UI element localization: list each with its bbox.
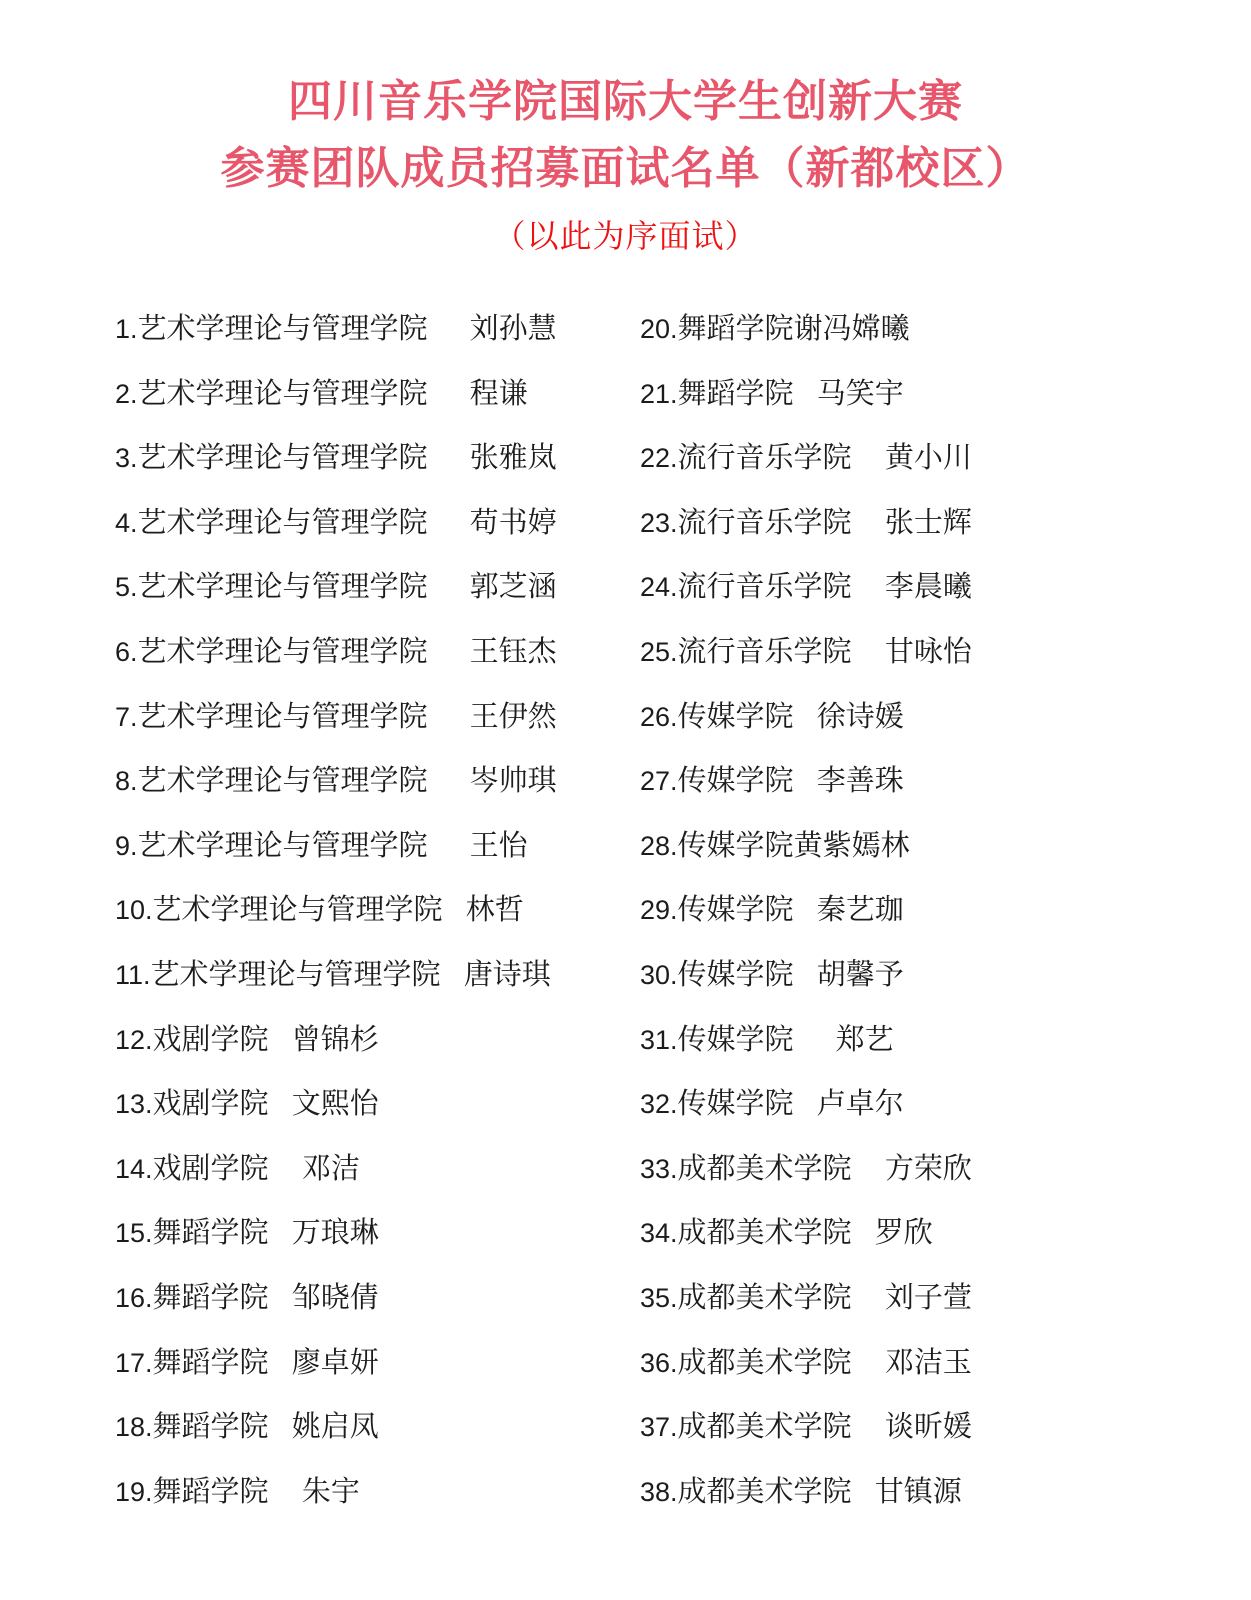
entry-college: 成都美术学院 xyxy=(678,1153,852,1185)
entry-number: 33. xyxy=(640,1154,678,1184)
entry-name: 卢卓尔 xyxy=(817,1072,904,1137)
entry-college: 流行音乐学院 xyxy=(678,571,852,603)
entry-name: 刘孙慧 xyxy=(470,297,557,362)
entry-name: 黄紫嫣林 xyxy=(794,814,910,879)
list-item: 1.艺术学理论与管理学院刘孙慧 xyxy=(115,297,640,362)
entry-name: 曾锦杉 xyxy=(292,1008,379,1073)
entry-number: 22. xyxy=(640,443,678,473)
list-column-left: 1.艺术学理论与管理学院刘孙慧 2.艺术学理论与管理学院程谦 3.艺术学理论与管… xyxy=(115,297,640,1524)
entry-name: 郭芝涵 xyxy=(470,555,557,620)
list-item: 19.舞蹈学院朱宇 xyxy=(115,1460,640,1525)
entry-college: 流行音乐学院 xyxy=(678,636,852,668)
entry-name: 方荣欣 xyxy=(885,1137,972,1202)
entry-college: 艺术学理论与管理学院 xyxy=(151,959,441,991)
entry-college: 艺术学理论与管理学院 xyxy=(138,571,428,603)
entry-number: 16. xyxy=(115,1283,153,1313)
entry-college: 舞蹈学院 xyxy=(153,1217,269,1249)
entry-number: 30. xyxy=(640,960,678,990)
list-item: 14.戏剧学院邓洁 xyxy=(115,1137,640,1202)
title-note: （以此为序面试） xyxy=(0,214,1251,258)
entry-name: 郑艺 xyxy=(836,1008,894,1073)
list-item: 24.流行音乐学院李晨曦 xyxy=(640,555,1200,620)
list-item: 18.舞蹈学院姚启凤 xyxy=(115,1395,640,1460)
entry-college: 传媒学院 xyxy=(678,765,794,797)
entry-college: 传媒学院 xyxy=(678,830,794,862)
entry-number: 5. xyxy=(115,572,138,602)
entry-name: 邓洁 xyxy=(302,1137,360,1202)
entry-number: 15. xyxy=(115,1218,153,1248)
document-page: 四川音乐学院国际大学生创新大赛 参赛团队成员招募面试名单（新都校区） （以此为序… xyxy=(0,68,1251,1524)
entry-name: 李善珠 xyxy=(817,749,904,814)
page-title: 四川音乐学院国际大学生创新大赛 参赛团队成员招募面试名单（新都校区） （以此为序… xyxy=(0,68,1251,258)
entry-college: 成都美术学院 xyxy=(678,1217,852,1249)
entry-name: 程谦 xyxy=(470,362,528,427)
entry-name: 廖卓妍 xyxy=(292,1331,379,1396)
list-item: 33.成都美术学院方荣欣 xyxy=(640,1137,1200,1202)
entry-number: 23. xyxy=(640,508,678,538)
entry-name: 甘镇源 xyxy=(875,1460,962,1525)
entry-number: 31. xyxy=(640,1025,678,1055)
entry-college: 艺术学理论与管理学院 xyxy=(138,830,428,862)
entry-name: 岑帅琪 xyxy=(470,749,557,814)
entry-number: 36. xyxy=(640,1348,678,1378)
entry-college: 舞蹈学院 xyxy=(153,1347,269,1379)
list-item: 37.成都美术学院谈昕媛 xyxy=(640,1395,1200,1460)
entry-name: 邓洁玉 xyxy=(885,1331,972,1396)
list-item: 11.艺术学理论与管理学院唐诗琪 xyxy=(115,943,640,1008)
list-item: 34.成都美术学院罗欣 xyxy=(640,1201,1200,1266)
entry-college: 艺术学理论与管理学院 xyxy=(138,636,428,668)
entry-name: 姚启凤 xyxy=(292,1395,379,1460)
entry-name: 苟书婷 xyxy=(470,491,557,556)
entry-number: 28. xyxy=(640,831,678,861)
list-item: 4.艺术学理论与管理学院苟书婷 xyxy=(115,491,640,556)
entry-college: 舞蹈学院 xyxy=(678,313,794,345)
entry-name: 李晨曦 xyxy=(885,555,972,620)
entry-number: 4. xyxy=(115,508,138,538)
entry-college: 戏剧学院 xyxy=(153,1024,269,1056)
entry-college: 艺术学理论与管理学院 xyxy=(138,701,428,733)
list-item: 15.舞蹈学院万琅琳 xyxy=(115,1201,640,1266)
entry-college: 舞蹈学院 xyxy=(153,1476,269,1508)
entry-college: 戏剧学院 xyxy=(153,1088,269,1120)
entry-number: 6. xyxy=(115,637,138,667)
entry-college: 流行音乐学院 xyxy=(678,507,852,539)
entry-number: 21. xyxy=(640,379,678,409)
list-item: 5.艺术学理论与管理学院郭芝涵 xyxy=(115,555,640,620)
list-item: 29.传媒学院秦艺珈 xyxy=(640,878,1200,943)
entry-college: 成都美术学院 xyxy=(678,1476,852,1508)
list-item: 28.传媒学院黄紫嫣林 xyxy=(640,814,1200,879)
entry-college: 舞蹈学院 xyxy=(678,378,794,410)
entry-number: 7. xyxy=(115,702,138,732)
entry-name: 王伊然 xyxy=(470,685,557,750)
list-item: 8.艺术学理论与管理学院岑帅琪 xyxy=(115,749,640,814)
interview-list: 1.艺术学理论与管理学院刘孙慧 2.艺术学理论与管理学院程谦 3.艺术学理论与管… xyxy=(0,297,1251,1524)
entry-number: 11. xyxy=(115,960,151,990)
entry-college: 艺术学理论与管理学院 xyxy=(153,894,443,926)
title-line-2: 参赛团队成员招募面试名单（新都校区） xyxy=(0,135,1251,202)
entry-name: 徐诗媛 xyxy=(817,685,904,750)
list-item: 38.成都美术学院甘镇源 xyxy=(640,1460,1200,1525)
list-item: 12.戏剧学院曾锦杉 xyxy=(115,1008,640,1073)
entry-name: 万琅琳 xyxy=(292,1201,379,1266)
list-item: 16.舞蹈学院邹晓倩 xyxy=(115,1266,640,1331)
list-item: 32.传媒学院卢卓尔 xyxy=(640,1072,1200,1137)
entry-name: 唐诗琪 xyxy=(464,943,551,1008)
list-item: 26.传媒学院徐诗媛 xyxy=(640,685,1200,750)
list-item: 22.流行音乐学院黄小川 xyxy=(640,426,1200,491)
entry-number: 18. xyxy=(115,1412,153,1442)
entry-number: 20. xyxy=(640,314,678,344)
entry-number: 37. xyxy=(640,1412,678,1442)
entry-college: 艺术学理论与管理学院 xyxy=(138,765,428,797)
entry-name: 马笑宇 xyxy=(817,362,904,427)
entry-name: 张雅岚 xyxy=(470,426,557,491)
entry-college: 艺术学理论与管理学院 xyxy=(138,507,428,539)
list-item: 25.流行音乐学院甘咏怡 xyxy=(640,620,1200,685)
entry-college: 传媒学院 xyxy=(678,1088,794,1120)
entry-college: 成都美术学院 xyxy=(678,1411,852,1443)
entry-college: 传媒学院 xyxy=(678,959,794,991)
entry-college: 成都美术学院 xyxy=(678,1347,852,1379)
entry-name: 邹晓倩 xyxy=(292,1266,379,1331)
entry-name: 甘咏怡 xyxy=(885,620,972,685)
entry-name: 王怡 xyxy=(470,814,528,879)
entry-name: 胡馨予 xyxy=(817,943,904,1008)
entry-number: 29. xyxy=(640,895,678,925)
entry-college: 艺术学理论与管理学院 xyxy=(138,378,428,410)
entry-number: 26. xyxy=(640,702,678,732)
entry-name: 林哲 xyxy=(466,878,524,943)
list-item: 10.艺术学理论与管理学院林哲 xyxy=(115,878,640,943)
entry-name: 谈昕媛 xyxy=(885,1395,972,1460)
entry-college: 舞蹈学院 xyxy=(153,1282,269,1314)
list-item: 3.艺术学理论与管理学院张雅岚 xyxy=(115,426,640,491)
entry-college: 传媒学院 xyxy=(678,701,794,733)
entry-college: 艺术学理论与管理学院 xyxy=(138,442,428,474)
entry-number: 25. xyxy=(640,637,678,667)
list-item: 7.艺术学理论与管理学院王伊然 xyxy=(115,685,640,750)
list-item: 2.艺术学理论与管理学院程谦 xyxy=(115,362,640,427)
list-column-right: 20.舞蹈学院谢冯嫦曦 21.舞蹈学院马笑宇 22.流行音乐学院黄小川 23.流… xyxy=(640,297,1200,1524)
entry-name: 朱宇 xyxy=(302,1460,360,1525)
entry-number: 3. xyxy=(115,443,138,473)
list-item: 9.艺术学理论与管理学院王怡 xyxy=(115,814,640,879)
entry-number: 14. xyxy=(115,1154,153,1184)
entry-college: 成都美术学院 xyxy=(678,1282,852,1314)
entry-name: 黄小川 xyxy=(885,426,972,491)
list-item: 13.戏剧学院文熙怡 xyxy=(115,1072,640,1137)
list-item: 17.舞蹈学院廖卓妍 xyxy=(115,1331,640,1396)
entry-number: 13. xyxy=(115,1089,153,1119)
list-item: 30.传媒学院胡馨予 xyxy=(640,943,1200,1008)
entry-college: 流行音乐学院 xyxy=(678,442,852,474)
entry-name: 秦艺珈 xyxy=(817,878,904,943)
entry-number: 19. xyxy=(115,1477,153,1507)
list-item: 21.舞蹈学院马笑宇 xyxy=(640,362,1200,427)
list-item: 27.传媒学院李善珠 xyxy=(640,749,1200,814)
entry-college: 传媒学院 xyxy=(678,894,794,926)
entry-college: 艺术学理论与管理学院 xyxy=(138,313,428,345)
title-line-1: 四川音乐学院国际大学生创新大赛 xyxy=(0,68,1251,135)
entry-name: 王钰杰 xyxy=(470,620,557,685)
entry-name: 罗欣 xyxy=(875,1201,933,1266)
list-item: 35.成都美术学院刘子萱 xyxy=(640,1266,1200,1331)
entry-number: 38. xyxy=(640,1477,678,1507)
entry-name: 文熙怡 xyxy=(292,1072,379,1137)
list-item: 20.舞蹈学院谢冯嫦曦 xyxy=(640,297,1200,362)
list-item: 23.流行音乐学院张士辉 xyxy=(640,491,1200,556)
entry-college: 传媒学院 xyxy=(678,1024,794,1056)
entry-number: 27. xyxy=(640,766,678,796)
entry-number: 12. xyxy=(115,1025,153,1055)
entry-number: 10. xyxy=(115,895,153,925)
entry-number: 2. xyxy=(115,379,138,409)
entry-number: 32. xyxy=(640,1089,678,1119)
entry-college: 戏剧学院 xyxy=(153,1153,269,1185)
entry-number: 35. xyxy=(640,1283,678,1313)
entry-name: 刘子萱 xyxy=(885,1266,972,1331)
entry-name: 谢冯嫦曦 xyxy=(794,297,910,362)
entry-number: 34. xyxy=(640,1218,678,1248)
entry-name: 张士辉 xyxy=(885,491,972,556)
entry-number: 1. xyxy=(115,314,138,344)
list-item: 6.艺术学理论与管理学院王钰杰 xyxy=(115,620,640,685)
list-item: 31.传媒学院郑艺 xyxy=(640,1008,1200,1073)
entry-number: 8. xyxy=(115,766,138,796)
entry-number: 17. xyxy=(115,1348,153,1378)
list-item: 36.成都美术学院邓洁玉 xyxy=(640,1331,1200,1396)
entry-college: 舞蹈学院 xyxy=(153,1411,269,1443)
entry-number: 9. xyxy=(115,831,138,861)
entry-number: 24. xyxy=(640,572,678,602)
